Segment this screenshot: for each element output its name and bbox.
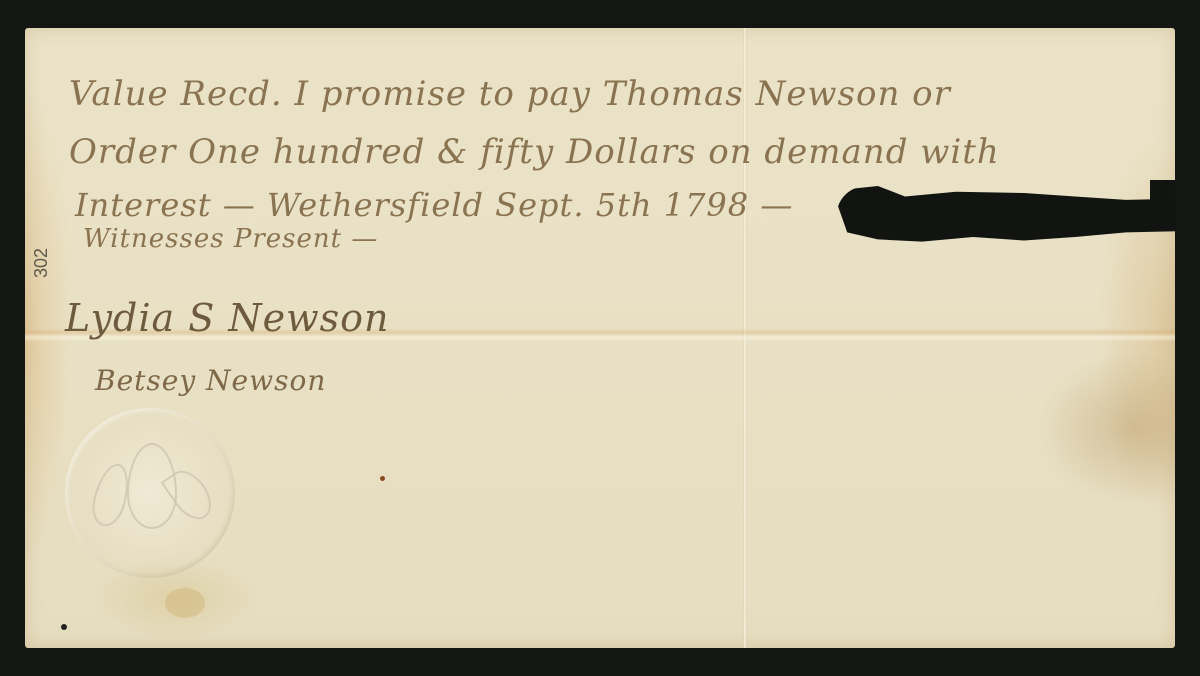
dark-spot — [61, 624, 67, 630]
torn-slot-edge — [1150, 180, 1175, 216]
witness-label: Witnesses Present — — [83, 224, 378, 254]
margin-catalog-number: 302 — [31, 248, 52, 278]
torn-slot — [837, 186, 1177, 244]
note-body-line-3: Interest — Wethersfield Sept. 5th 1798 — — [75, 186, 793, 224]
signature-lydia: Lydia S Newson — [65, 296, 389, 340]
foxing-stain — [165, 588, 205, 618]
embossed-seal-icon — [65, 408, 235, 578]
signature-betsey: Betsey Newson — [95, 364, 326, 397]
note-body-line-2: Order One hundred & fifty Dollars on dem… — [69, 132, 1000, 172]
promissory-note-paper: Value Recd. I promise to pay Thomas News… — [25, 28, 1175, 648]
ink-spot — [380, 476, 385, 481]
note-body-line-1: Value Recd. I promise to pay Thomas News… — [69, 74, 951, 114]
